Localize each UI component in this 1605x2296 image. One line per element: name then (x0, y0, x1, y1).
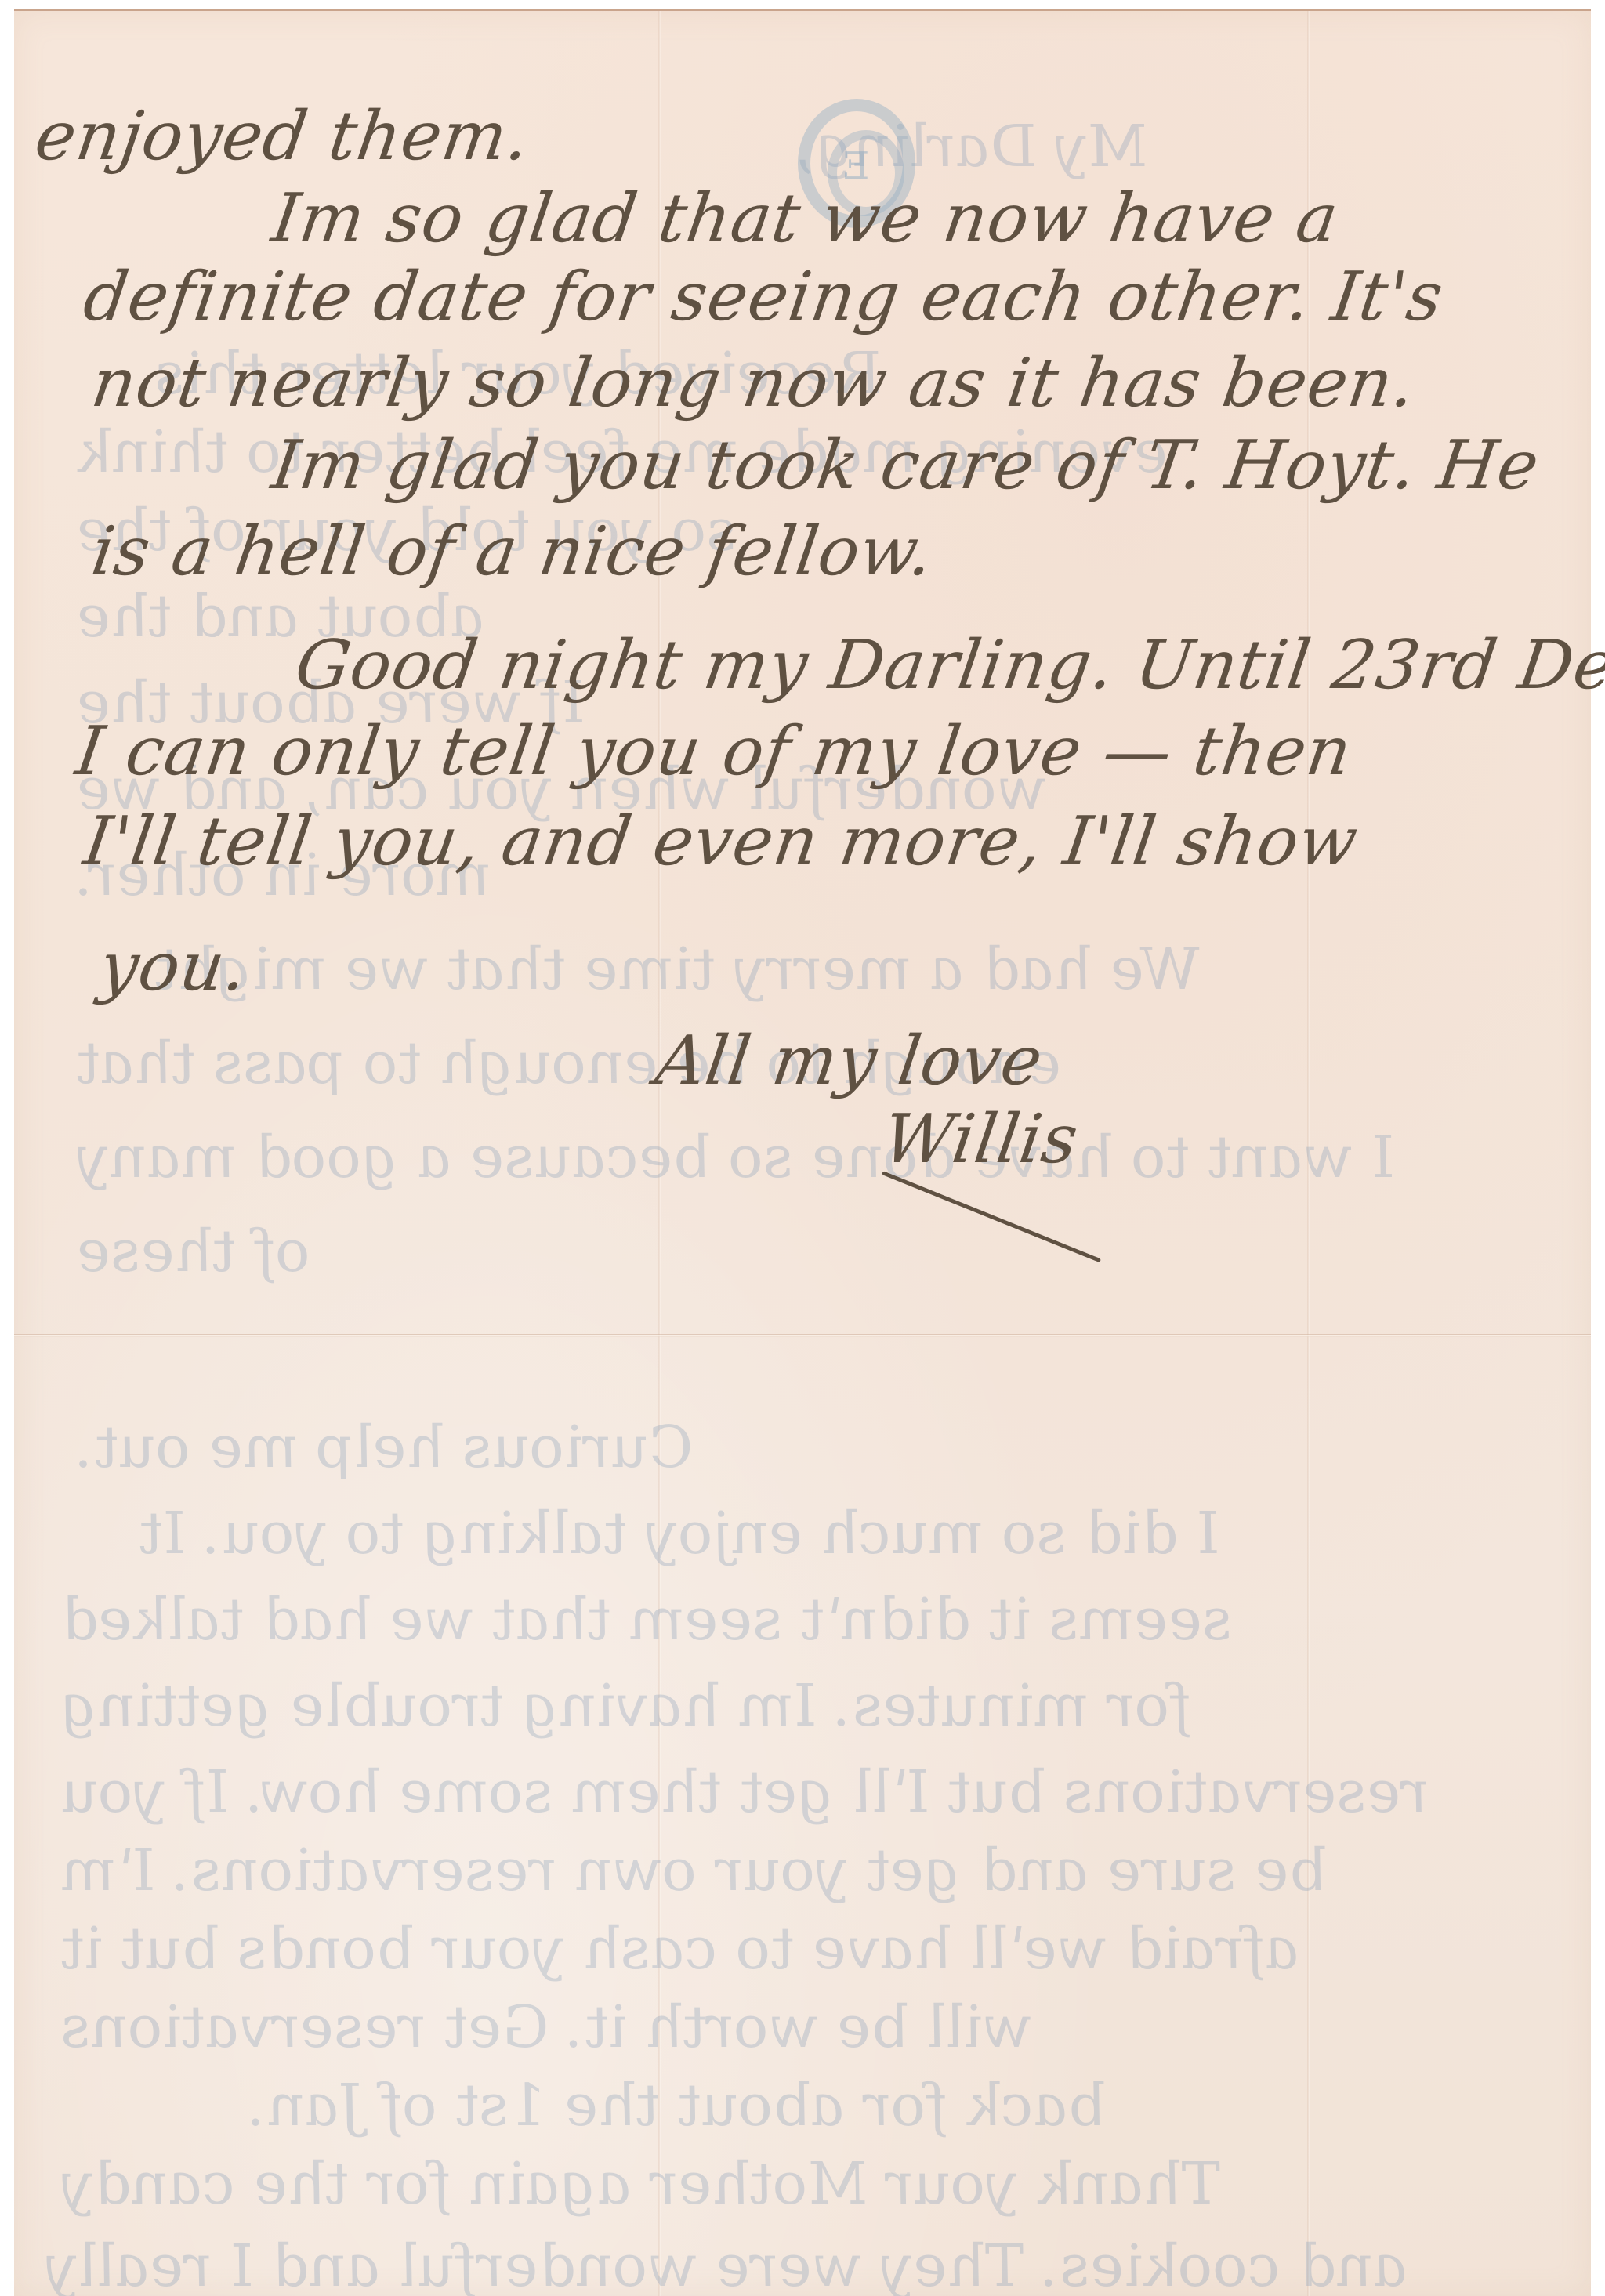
body-line: Im so glad that we now have a (267, 179, 1343, 258)
body-line: I can only tell you of my love — then (71, 712, 1357, 791)
bleed-line: I did so much enjoy talking to you. It (133, 1500, 1225, 1567)
bleed-line: seems it didn't seem that we had talked (55, 1586, 1238, 1653)
bleed-line: I want to have done so because a good ma… (71, 1124, 1400, 1191)
body-line: is a hell of a nice fellow. (87, 512, 938, 591)
bleed-line: for minutes. Im having trouble getting (55, 1672, 1197, 1740)
body-line: enjoyed them. (31, 97, 534, 176)
bleed-line: reservations but I'll get them some how.… (55, 1758, 1435, 1826)
bleed-line: afraid we'll have to cash your bonds but… (55, 1915, 1306, 1983)
horizontal-fold-line (14, 1334, 1591, 1337)
body-line: I'll tell you, and even more, I'll show (79, 802, 1363, 881)
body-line: Good night my Darling. Until 23rd Dec (291, 626, 1605, 704)
letter-page: Ǝ My Darling, Received your letter this … (14, 9, 1591, 2296)
bleed-line: My Darling, (792, 113, 1153, 180)
body-line: you. (95, 928, 252, 1006)
bleed-line: be sure and get your own reservations. I… (55, 1837, 1332, 1904)
bleed-line: Curious help me out. (71, 1414, 698, 1481)
closing-text: All my love (651, 1022, 1048, 1100)
body-line: not nearly so long now as it has been. (87, 344, 1420, 422)
bleed-line: of these (71, 1218, 317, 1285)
bleed-line: We had a merry time that we might (149, 936, 1205, 1003)
bleed-line: Thank your Mother again for the candy (55, 2150, 1226, 2218)
bleed-line: and cookies. They were wonderful and I r… (39, 2233, 1414, 2296)
body-line: Im glad you took care of T. Hoyt. He (267, 426, 1544, 505)
body-line: definite date for seeing each other. It'… (79, 258, 1448, 336)
bleed-line: back for about the 1st of Jan. (243, 2072, 1111, 2139)
signature: Willis (879, 1100, 1083, 1179)
bleed-line: will be worth it. Get reservations (55, 1994, 1038, 2061)
